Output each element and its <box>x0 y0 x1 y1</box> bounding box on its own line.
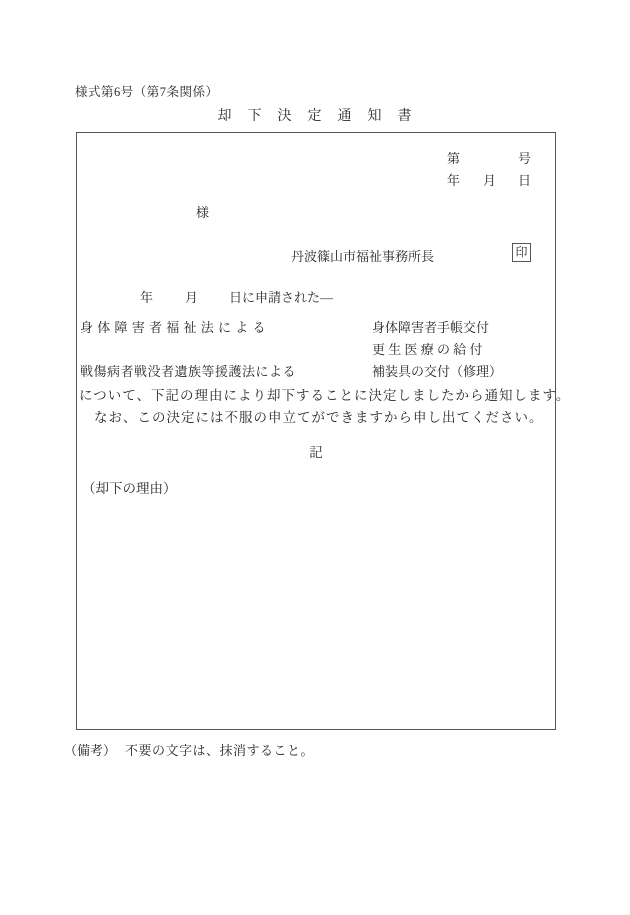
addressee-honorific: 様 <box>196 202 209 221</box>
law-name-war-injured-relief: 戦傷病者戦没者遺族等援護法による <box>80 361 296 380</box>
document-page: 様式第6号（第7条関係） 却 下 決 定 通 知 書 第 号 年 月 日 様 丹… <box>0 0 630 915</box>
seal-stamp-placeholder: 印 <box>512 243 531 262</box>
application-date-day-phrase: 日に申請された― <box>229 287 333 306</box>
form-code-label: 様式第6号（第7条関係） <box>75 82 219 100</box>
application-date-month-label: 月 <box>185 287 198 306</box>
remarks-label: （備考） <box>64 740 116 759</box>
law-name-physical-disability: 身 体 障 害 者 福 祉 法 に よ る <box>80 317 266 336</box>
rejection-reason-label: （却下の理由） <box>82 477 177 497</box>
benefit-prosthetic-device: 補装具の交付（修理） <box>372 361 502 380</box>
document-number-prefix: 第 <box>447 148 460 167</box>
notice-body-line-1: について、下記の理由により却下することに決定しましたから通知します。 <box>79 384 570 404</box>
notice-body-line-2: なお、この決定には不服の申立てができますから申し出てください。 <box>94 406 544 426</box>
issuer-title: 丹波篠山市福祉事務所長 <box>291 246 434 265</box>
issue-date-day-label: 日 <box>518 170 531 189</box>
issue-date-month-label: 月 <box>483 170 496 189</box>
document-title: 却 下 決 定 通 知 書 <box>0 105 630 125</box>
application-date-year-label: 年 <box>140 287 153 306</box>
notice-frame: 第 号 年 月 日 様 丹波篠山市福祉事務所長 印 年 月 日に申請された― 身… <box>76 132 556 730</box>
benefit-rehabilitation-medical: 更 生 医 療 の 給 付 <box>372 339 483 358</box>
section-marker-ki: 記 <box>77 441 555 461</box>
benefit-handbook-issuance: 身体障害者手帳交付 <box>372 317 489 336</box>
document-number-suffix: 号 <box>518 148 531 167</box>
issue-date-year-label: 年 <box>447 170 460 189</box>
remarks-text: 不要の文字は、抹消すること。 <box>125 740 314 759</box>
